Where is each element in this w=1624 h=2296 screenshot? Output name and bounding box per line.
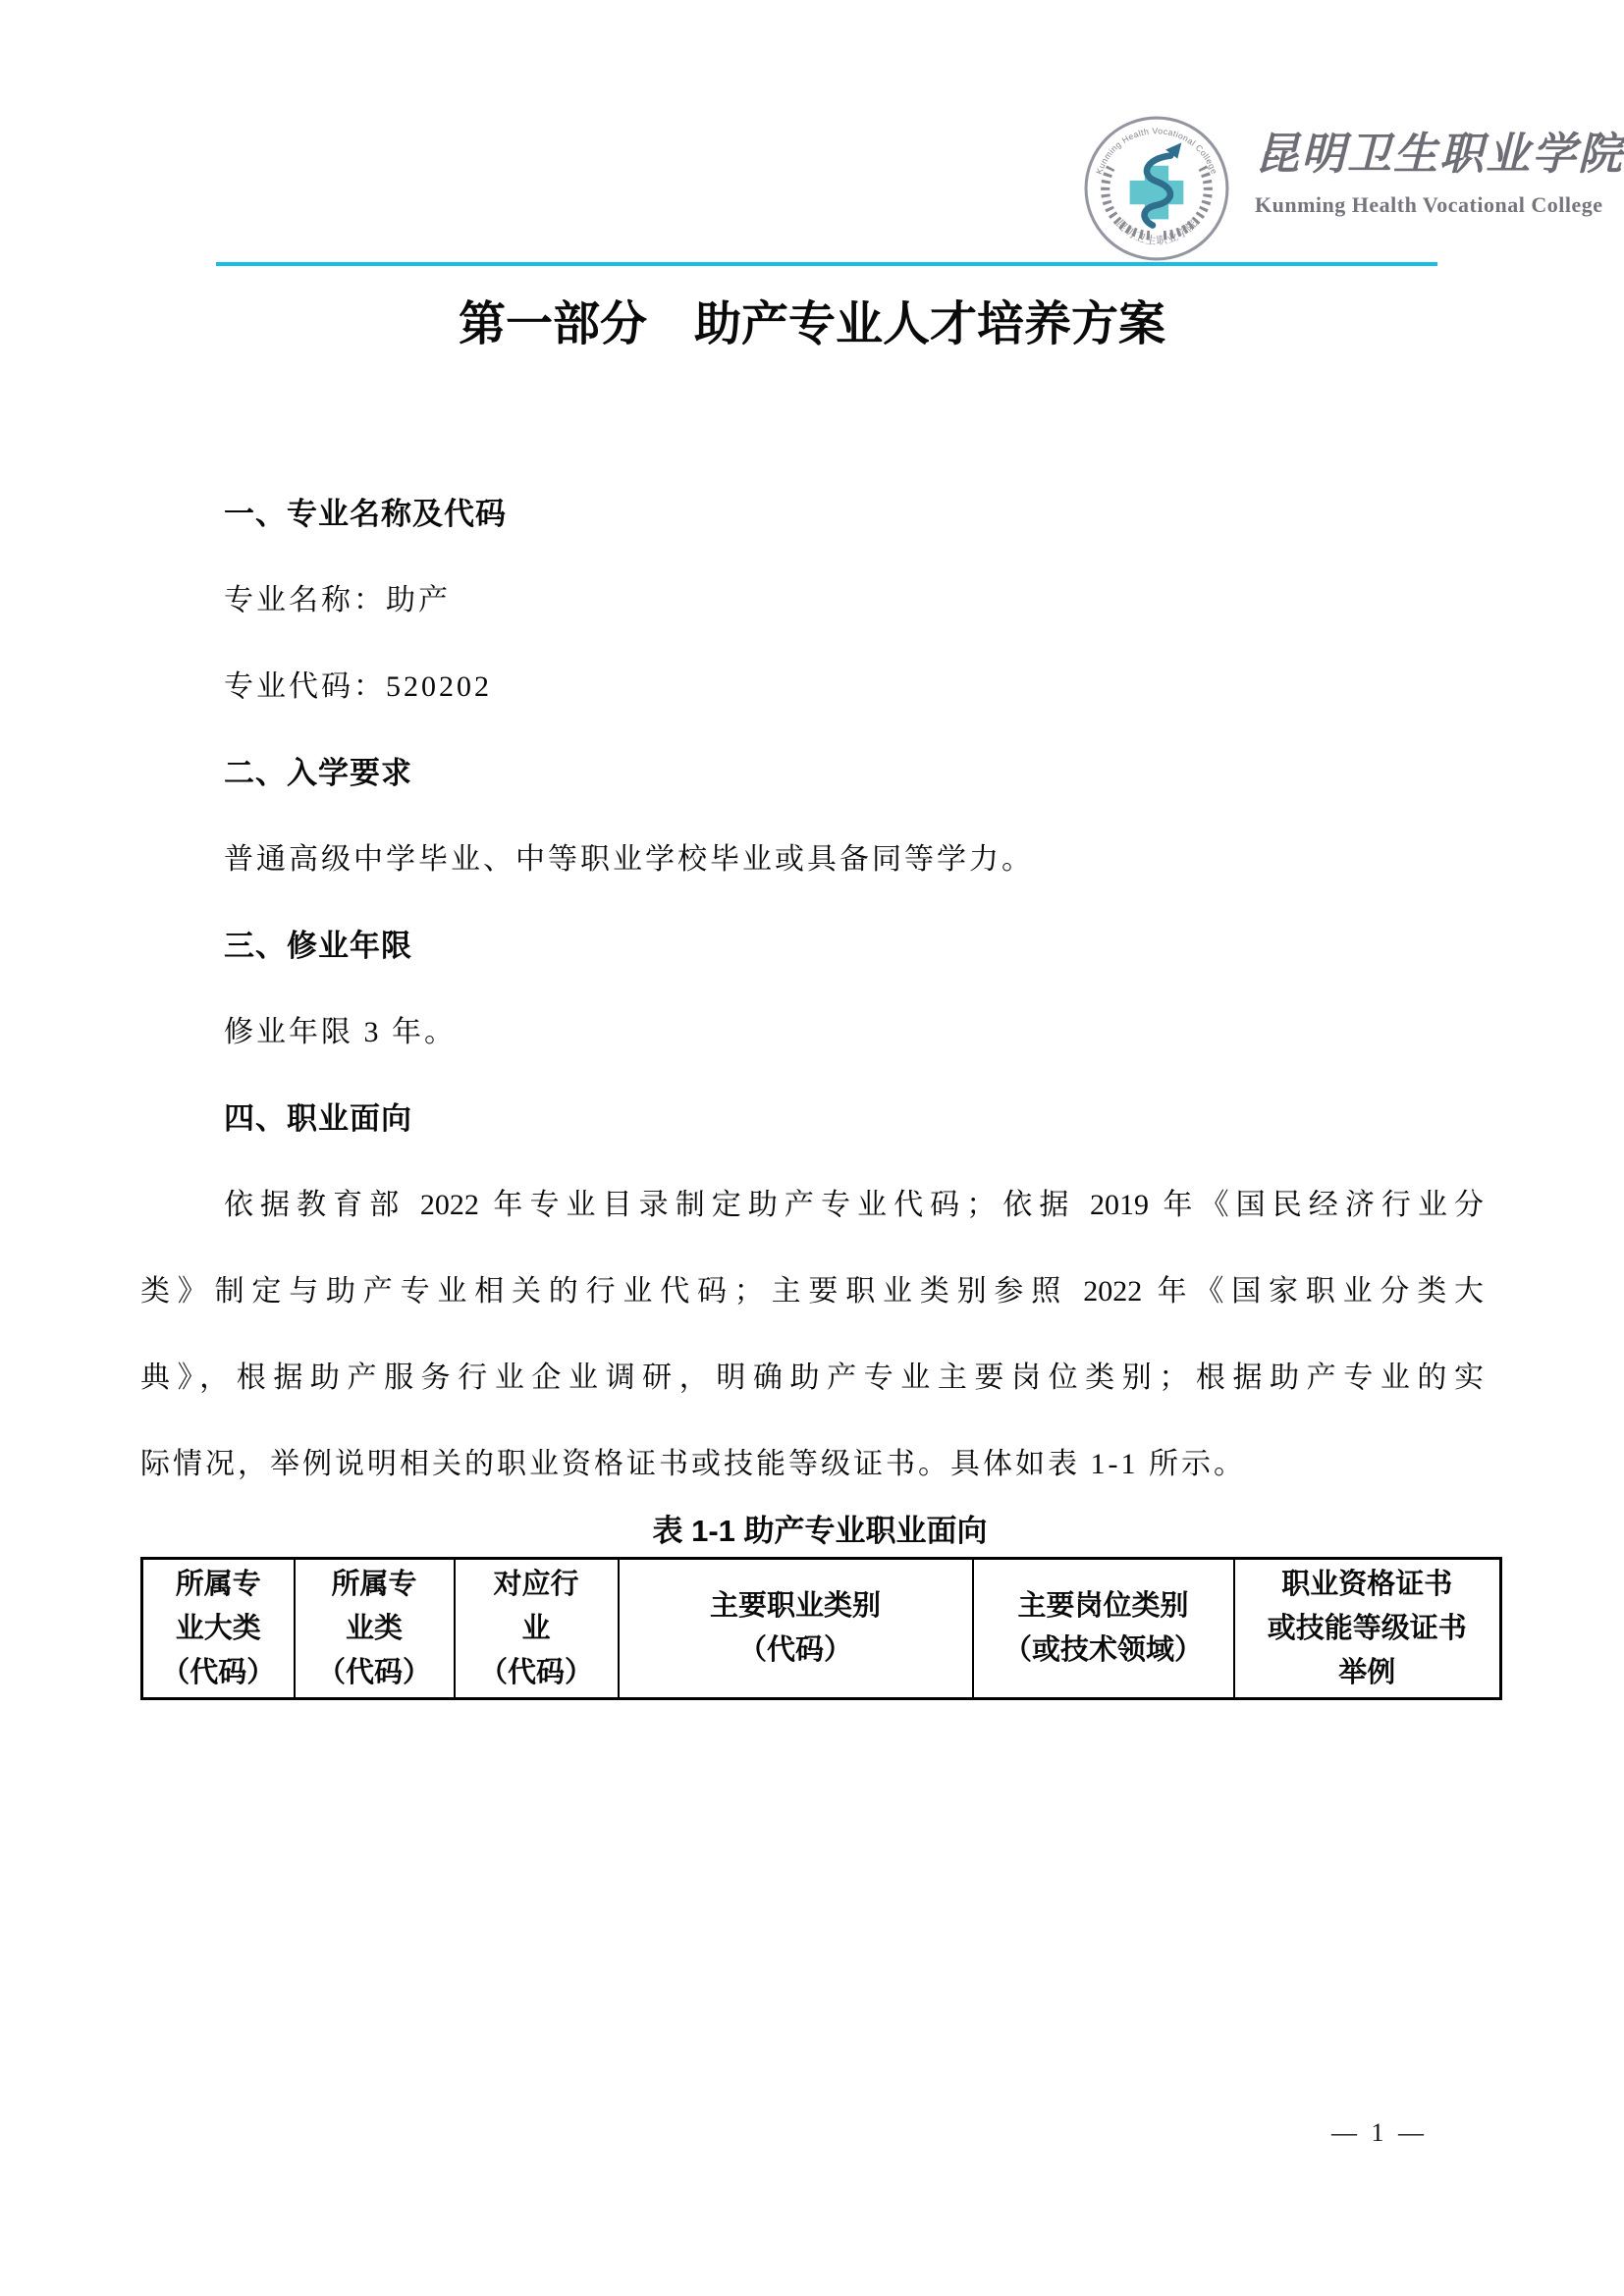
table-header-cell: 职业资格证书 或技能等级证书 举例	[1234, 1559, 1501, 1699]
college-seal-icon: Kunming Health Vocational College 昆明卫生职业…	[1082, 114, 1231, 263]
table-header-cell: 主要岗位类别 （或技术领域）	[973, 1559, 1234, 1699]
document-page: Kunming Health Vocational College 昆明卫生职业…	[0, 0, 1624, 2296]
table-caption: 表 1-1 助产专业职业面向	[140, 1510, 1499, 1553]
section-heading-1: 一、专业名称及代码	[140, 471, 1484, 558]
college-name-calligraphy: 昆明卫生职业学院	[1255, 126, 1608, 183]
section-heading-3: 三、修业年限	[140, 903, 1484, 989]
table-header-cell: 所属专 业大类 （代码）	[142, 1559, 295, 1699]
college-name-english: Kunming Health Vocational College	[1255, 192, 1608, 218]
body-line: 普通高级中学毕业、中等职业学校毕业或具备同等学力。	[140, 817, 1484, 903]
body-line: 专业名称：助产	[140, 558, 1484, 644]
college-logo: Kunming Health Vocational College 昆明卫生职业…	[1082, 114, 1608, 263]
table-header-cell: 所属专 业类 （代码）	[295, 1559, 455, 1699]
table-header-row: 所属专 业大类 （代码） 所属专 业类 （代码） 对应行 业 （代码） 主要职业…	[142, 1559, 1501, 1699]
header-divider	[216, 262, 1437, 266]
body-line: 专业代码：520202	[140, 644, 1484, 730]
college-name-block: 昆明卫生职业学院 Kunming Health Vocational Colle…	[1255, 114, 1608, 218]
document-body: 一、专业名称及代码 专业名称：助产 专业代码：520202 二、入学要求 普通高…	[140, 471, 1484, 1700]
career-orientation-table: 所属专 业大类 （代码） 所属专 业类 （代码） 对应行 业 （代码） 主要职业…	[140, 1557, 1502, 1700]
page-number: — 1 —	[1316, 2118, 1443, 2148]
section-heading-2: 二、入学要求	[140, 730, 1484, 817]
body-line: 修业年限 3 年。	[140, 989, 1484, 1076]
paragraph-line: 依据教育部 2022 年专业目录制定助产专业代码；依据 2019 年《国民经济行…	[140, 1162, 1484, 1249]
paragraph-line: 典》，根据助产服务行业企业调研，明确助产专业主要岗位类别；根据助产专业的实	[140, 1335, 1484, 1421]
paragraph-line: 际情况，举例说明相关的职业资格证书或技能等级证书。具体如表 1-1 所示。	[140, 1421, 1484, 1508]
table-header-cell: 对应行 业 （代码）	[455, 1559, 619, 1699]
paragraph-line: 类》制定与助产专业相关的行业代码；主要职业类别参照 2022 年《国家职业分类大	[140, 1249, 1484, 1335]
section-heading-4: 四、职业面向	[140, 1076, 1484, 1162]
document-title: 第一部分 助产专业人才培养方案	[0, 294, 1624, 355]
table-header-cell: 主要职业类别 （代码）	[619, 1559, 973, 1699]
